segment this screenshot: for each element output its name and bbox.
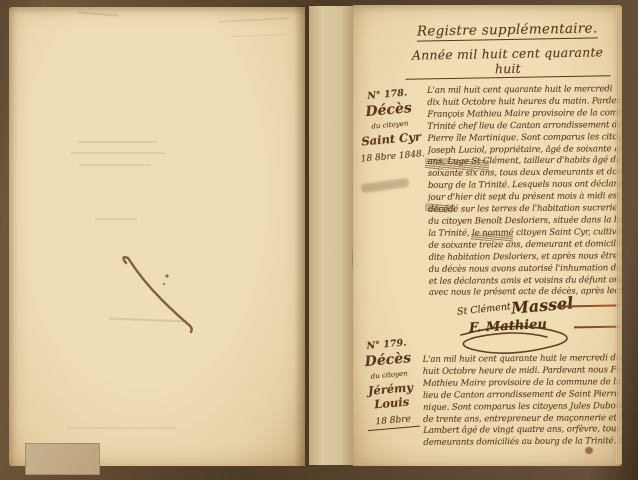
ink-stain: [596, 391, 601, 395]
act-date: 18 8bre 1848.: [357, 149, 428, 165]
bleed-through-mark: [77, 11, 119, 17]
right-page: Registre supplémentaire. Année mil huit …: [353, 5, 622, 466]
ink-strikethrough: [425, 203, 455, 212]
torn-page-stub: [309, 6, 355, 465]
bleed-through-text: [79, 164, 151, 166]
ink-strikethrough: [425, 158, 489, 171]
deceased-name: Saint Cyr: [356, 129, 427, 149]
ink-strikethrough: [471, 233, 513, 241]
bleed-through-text: [71, 152, 166, 154]
act-type-label: Décès: [352, 349, 423, 371]
faint-script-mark: [67, 427, 177, 429]
bleed-through-mark: [219, 17, 289, 22]
ink-stroke-drawing: [9, 7, 305, 466]
ink-stain: [585, 447, 593, 454]
margin-note-act-179: N° 179. Décès du citoyen Jérémy Louis 18…: [351, 336, 429, 432]
margin-note-act-178: N° 178. Décès du citoyen Saint Cyr 18 8b…: [352, 86, 428, 165]
act-179-text: L'an mil huit cent quarante huit le merc…: [423, 353, 623, 455]
paper-repair-patch: [25, 443, 100, 475]
faint-script-mark: [109, 318, 187, 323]
closing-pen-stroke: [557, 304, 621, 307]
ink-smear: [361, 178, 410, 194]
signature-flourish: [451, 313, 581, 355]
bleed-through-text: [95, 218, 137, 220]
register-title: Registre supplémentaire.: [417, 20, 598, 41]
act-text-line: du décès nous avons autorisé l'inhumatio…: [429, 263, 623, 277]
act-text-line: Pierre île Martinique. Sont comparus les…: [427, 132, 621, 146]
page-edge-stack: [616, 7, 622, 464]
act-type-label: Décès: [353, 99, 424, 121]
left-page: [9, 7, 305, 466]
bleed-through-mark: [231, 34, 286, 37]
closing-pen-stroke: [574, 326, 621, 328]
act-178-text: L'an mil huit cent quarante huit le merc…: [427, 84, 623, 302]
act-text-line: nique. Sont comparus les citoyens Jules …: [423, 401, 622, 415]
deceased-name: Jérémy Louis: [355, 379, 427, 413]
register-header: Registre supplémentaire. Année mil huit …: [405, 17, 611, 80]
bleed-through-text: [77, 141, 157, 143]
register-year: Année mil huit cent quarante huit: [405, 44, 611, 80]
